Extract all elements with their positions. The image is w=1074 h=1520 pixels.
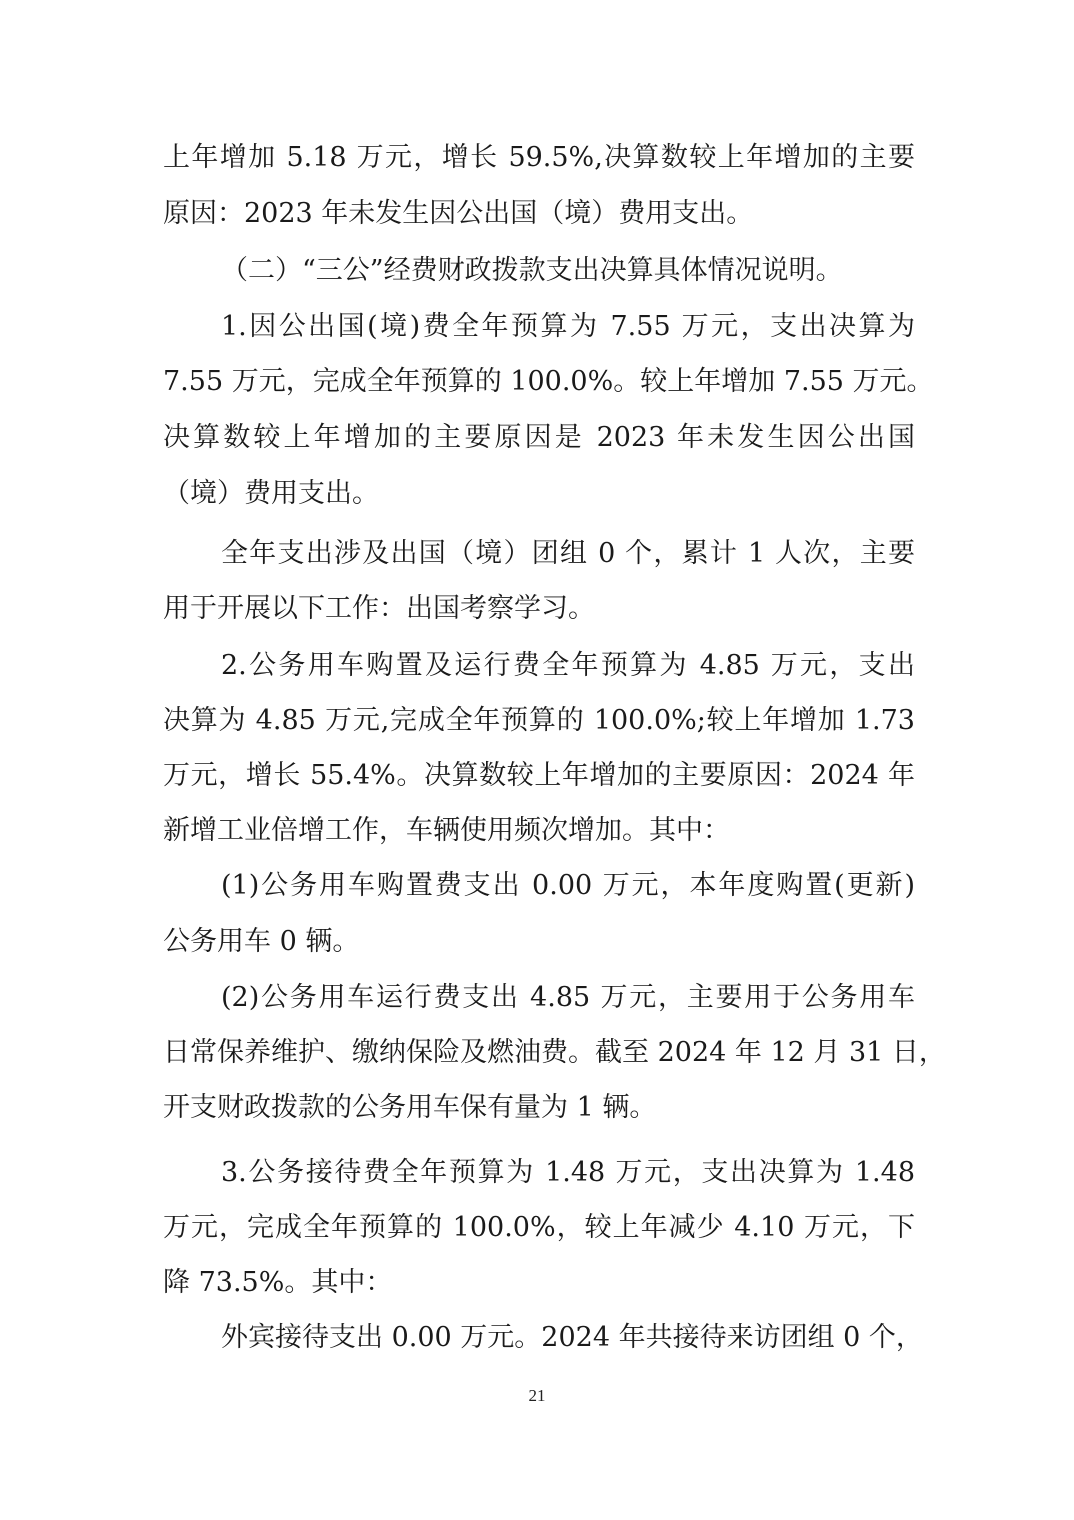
- paragraph-line: 外宾接待支出 0.00 万元。2024 年共接待来访团组 0 个，: [221, 1320, 915, 1356]
- item-3-line: 万元，完成全年预算的 100.0%，较上年减少 4.10 万元，下: [163, 1210, 915, 1246]
- item-3-line: 3.公务接待费全年预算为 1.48 万元，支出决算为 1.48: [221, 1155, 915, 1191]
- item-2-line: 2.公务用车购置及运行费全年预算为 4.85 万元，支出: [221, 648, 915, 684]
- item-2-line: 新增工业倍增工作，车辆使用频次增加。其中：: [163, 813, 915, 849]
- item-2-line: 万元，增长 55.4%。决算数较上年增加的主要原因：2024 年: [163, 758, 915, 794]
- paragraph-line: 全年支出涉及出国（境）团组 0 个，累计 1 人次，主要: [221, 536, 915, 572]
- sub-item-2-line: 日常保养维护、缴纳保险及燃油费。截至 2024 年 12 月 31 日，: [163, 1035, 915, 1071]
- item-1-line: 7.55 万元，完成全年预算的 100.0%。较上年增加 7.55 万元。: [163, 364, 915, 400]
- item-2-line: 决算为 4.85 万元,完成全年预算的 100.0%;较上年增加 1.73: [163, 703, 915, 739]
- section-heading: （二）“三公”经费财政拨款支出决算具体情况说明。: [221, 253, 915, 289]
- item-1-line: 决算数较上年增加的主要原因是 2023 年未发生因公出国: [163, 420, 915, 456]
- page-number: 21: [0, 1386, 1074, 1406]
- item-3-line: 降 73.5%。其中：: [163, 1265, 915, 1301]
- paragraph-line: 用于开展以下工作：出国考察学习。: [163, 591, 915, 627]
- sub-item-2-line: (2)公务用车运行费支出 4.85 万元，主要用于公务用车: [221, 980, 915, 1016]
- paragraph-line: 原因：2023 年未发生因公出国（境）费用支出。: [163, 196, 915, 232]
- sub-item-1-line: 公务用车 0 辆。: [163, 924, 915, 960]
- sub-item-1-line: (1)公务用车购置费支出 0.00 万元，本年度购置(更新): [221, 868, 915, 904]
- sub-item-2-line: 开支财政拨款的公务用车保有量为 1 辆。: [163, 1090, 915, 1126]
- item-1-line: 1.因公出国(境)费全年预算为 7.55 万元，支出决算为: [221, 309, 915, 345]
- document-page: 上年增加 5.18 万元，增长 59.5%,决算数较上年增加的主要 原因：202…: [0, 0, 1074, 1520]
- paragraph-line: 上年增加 5.18 万元，增长 59.5%,决算数较上年增加的主要: [163, 140, 915, 176]
- item-1-line: （境）费用支出。: [163, 476, 915, 512]
